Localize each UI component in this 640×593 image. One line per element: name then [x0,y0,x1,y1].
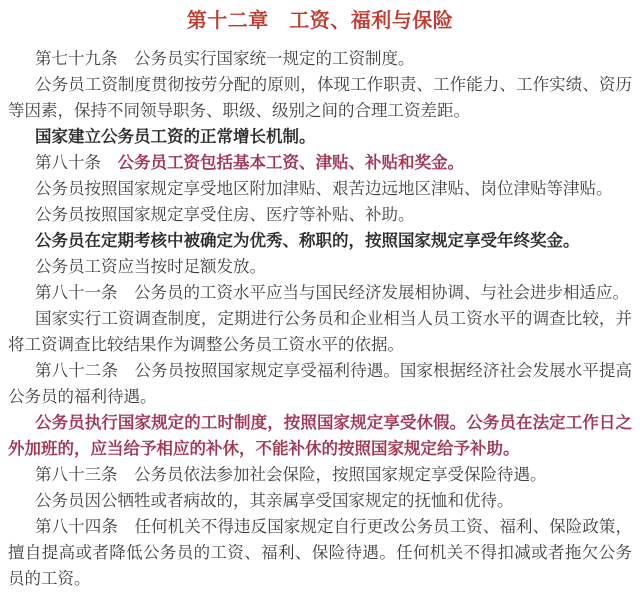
chapter-title: 第十二章 工资、福利与保险 [0,9,640,34]
paragraph: 国家建立公务员工资的正常增长机制。 [8,124,632,150]
text-segment: 第八十四条 任何机关不得违反国家规定自行更改公务员工资、福利、保险政策，擅自提高… [8,518,632,588]
paragraph: 国家实行工资调查制度，定期进行公务员和企业相当人员工资水平的调查比较，并将工资调… [8,306,632,358]
paragraph: 第七十九条 公务员实行国家统一规定的工资制度。 [8,46,632,72]
text-segment: 公务员按照国家规定享受地区附加津贴、艰苦边远地区津贴、岗位津贴等津贴。 [35,180,613,198]
text-segment: 第八十一条 公务员的工资水平应当与国民经济发展相协调、与社会进步相适应。 [35,284,629,302]
paragraph: 公务员在定期考核中被确定为优秀、称职的，按照国家规定享受年终奖金。 [8,228,632,254]
text-segment: 公务员因公牺牲或者病故的，其亲属享受国家规定的抚恤和优待。 [35,492,514,510]
paragraph: 公务员执行国家规定的工时制度，按照国家规定享受休假。公务员在法定工作日之外加班的… [8,410,632,462]
text-segment: 第八十三条 公务员依法参加社会保险，按照国家规定享受保险待遇。 [35,466,547,484]
document-body: 第七十九条 公务员实行国家统一规定的工资制度。公务员工资制度贯彻按劳分配的原则，… [0,46,640,592]
text-segment: 第七十九条 公务员实行国家统一规定的工资制度。 [35,50,415,68]
paragraph: 第八十三条 公务员依法参加社会保险，按照国家规定享受保险待遇。 [8,462,632,488]
paragraph: 第八十条 公务员工资包括基本工资、津贴、补贴和奖金。 [8,150,632,176]
text-segment: 公务员在定期考核中被确定为优秀、称职的，按照国家规定享受年终奖金。 [35,232,580,250]
text-segment: 公务员工资制度贯彻按劳分配的原则，体现工作职责、工作能力、工作实绩、资历等因素，… [8,76,632,120]
text-segment: 国家实行工资调查制度，定期进行公务员和企业相当人员工资水平的调查比较，并将工资调… [8,310,632,354]
paragraph: 公务员工资制度贯彻按劳分配的原则，体现工作职责、工作能力、工作实绩、资历等因素，… [8,72,632,124]
text-segment: 国家建立公务员工资的正常增长机制。 [35,128,316,146]
paragraph: 第八十四条 任何机关不得违反国家规定自行更改公务员工资、福利、保险政策，擅自提高… [8,514,632,592]
document-page: 第十二章 工资、福利与保险 第七十九条 公务员实行国家统一规定的工资制度。公务员… [0,0,640,593]
paragraph: 第八十一条 公务员的工资水平应当与国民经济发展相协调、与社会进步相适应。 [8,280,632,306]
paragraph: 公务员按照国家规定享受住房、医疗等补贴、补助。 [8,202,632,228]
text-segment: 公务员工资应当按时足额发放。 [35,258,266,276]
text-segment: 公务员工资包括基本工资、津贴、补贴和奖金。 [118,154,465,172]
paragraph: 公务员因公牺牲或者病故的，其亲属享受国家规定的抚恤和优待。 [8,488,632,514]
text-segment: 第八十二条 公务员按照国家规定享受福利待遇。国家根据经济社会发展水平提高公务员的… [8,362,632,406]
text-segment: 公务员执行国家规定的工时制度，按照国家规定享受休假。公务员在法定工作日之外加班的… [8,414,632,458]
paragraph: 第八十二条 公务员按照国家规定享受福利待遇。国家根据经济社会发展水平提高公务员的… [8,358,632,410]
paragraph: 公务员工资应当按时足额发放。 [8,254,632,280]
text-segment: 公务员按照国家规定享受住房、医疗等补贴、补助。 [35,206,415,224]
paragraph: 公务员按照国家规定享受地区附加津贴、艰苦边远地区津贴、岗位津贴等津贴。 [8,176,632,202]
text-segment: 第八十条 [35,154,118,172]
